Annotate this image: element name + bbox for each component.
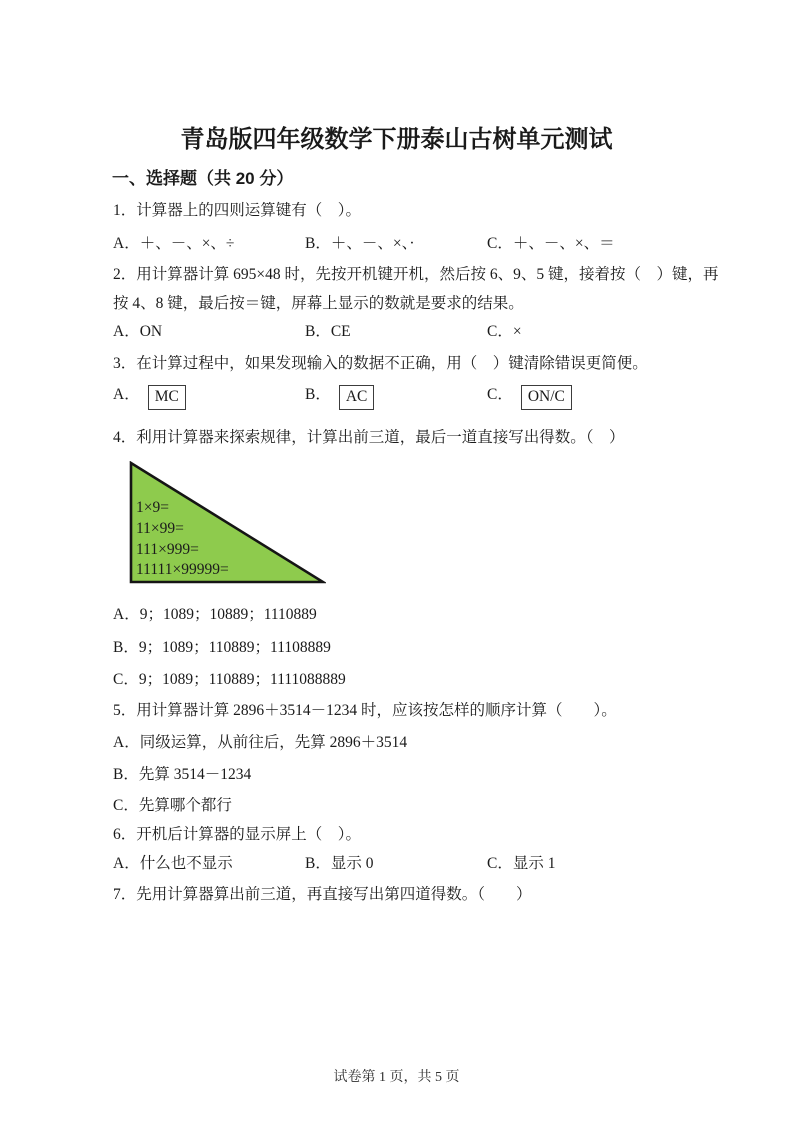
question-1-stem: 1．计算器上的四则运算键有（ ）。 (113, 200, 713, 221)
page-title: 青岛版四年级数学下册泰山古树单元测试 (0, 126, 793, 154)
page-footer: 试卷第 1 页，共 5 页 (0, 1066, 793, 1086)
figure-line-2: 11×99= (136, 520, 184, 537)
question-3-options: A．MC B．AC C．ON/C (113, 383, 713, 417)
question-2-stem-line2: 按 4、8 键，最后按＝键，屏幕上显示的数就是要求的结果。 (113, 293, 713, 314)
question-2-options: A．ON B．CE C．× (113, 321, 713, 355)
option-b-label: B． (305, 386, 331, 403)
question-3-stem: 3．在计算过程中，如果发现输入的数据不正确，用（ ）键清除错误更简便。 (113, 353, 713, 374)
question-1-option-a: A．＋、－、×、÷ (113, 233, 234, 254)
question-7-stem: 7．先用计算器算出前三道，再直接写出第四道得数。（ ） (113, 884, 713, 905)
question-1-option-c: C．＋、－、×、＝ (487, 233, 615, 254)
option-a-label: A． (113, 386, 140, 403)
question-4-stem: 4．利用计算器来探索规律，计算出前三道，最后一道直接写出得数。（ ） (113, 427, 713, 448)
figure-line-4: 11111×99999= (136, 561, 229, 578)
question-4-option-b: B．9；1089；110889；11108889 (113, 637, 713, 658)
calculator-key-mc: MC (148, 385, 186, 410)
question-4-option-c: C．9；1089；110889；1111088889 (113, 669, 713, 690)
figure-line-3: 111×999= (136, 541, 199, 558)
question-6-stem: 6．开机后计算器的显示屏上（ ）。 (113, 824, 713, 845)
figure-line-1: 1×9= (136, 499, 169, 516)
question-4-option-a: A．9；1089；10889；1110889 (113, 604, 713, 625)
question-5-stem: 5．用计算器计算 2896＋3514－1234 时，应该按怎样的顺序计算（ ）。 (113, 700, 713, 721)
question-1-option-b: B．＋、－、×、· (305, 233, 415, 254)
question-5-option-c: C．先算哪个都行 (113, 795, 713, 816)
question-3-option-b: B．AC (305, 383, 374, 408)
question-3-option-a: A．MC (113, 383, 186, 408)
question-1-options: A．＋、－、×、÷ B．＋、－、×、· C．＋、－、×、＝ (113, 233, 713, 267)
question-2-option-c: C．× (487, 321, 522, 342)
question-6-options: A．什么也不显示 B．显示 0 C．显示 1 (113, 853, 713, 887)
calculator-key-onc: ON/C (521, 385, 572, 410)
question-5-option-b: B．先算 3514－1234 (113, 764, 713, 785)
question-2-option-b: B．CE (305, 321, 351, 342)
question-2-option-a: A．ON (113, 321, 162, 342)
exam-page: 青岛版四年级数学下册泰山古树单元测试 一、选择题（共 20 分） 1．计算器上的… (0, 0, 793, 1122)
question-3-option-c: C．ON/C (487, 383, 572, 408)
question-6-option-c: C．显示 1 (487, 853, 555, 874)
question-2-stem-line1: 2．用计算器计算 695×48 时，先按开机键开机，然后按 6、9、5 键，接着… (113, 264, 713, 285)
triangle-figure: 1×9= 11×99= 111×999= 11111×99999= (129, 461, 326, 585)
section-heading: 一、选择题（共 20 分） (112, 167, 293, 191)
option-c-label: C． (487, 386, 513, 403)
question-5-option-a: A．同级运算，从前往后，先算 2896＋3514 (113, 732, 713, 753)
question-6-option-a: A．什么也不显示 (113, 853, 233, 874)
question-6-option-b: B．显示 0 (305, 853, 373, 874)
calculator-key-ac: AC (339, 385, 375, 410)
